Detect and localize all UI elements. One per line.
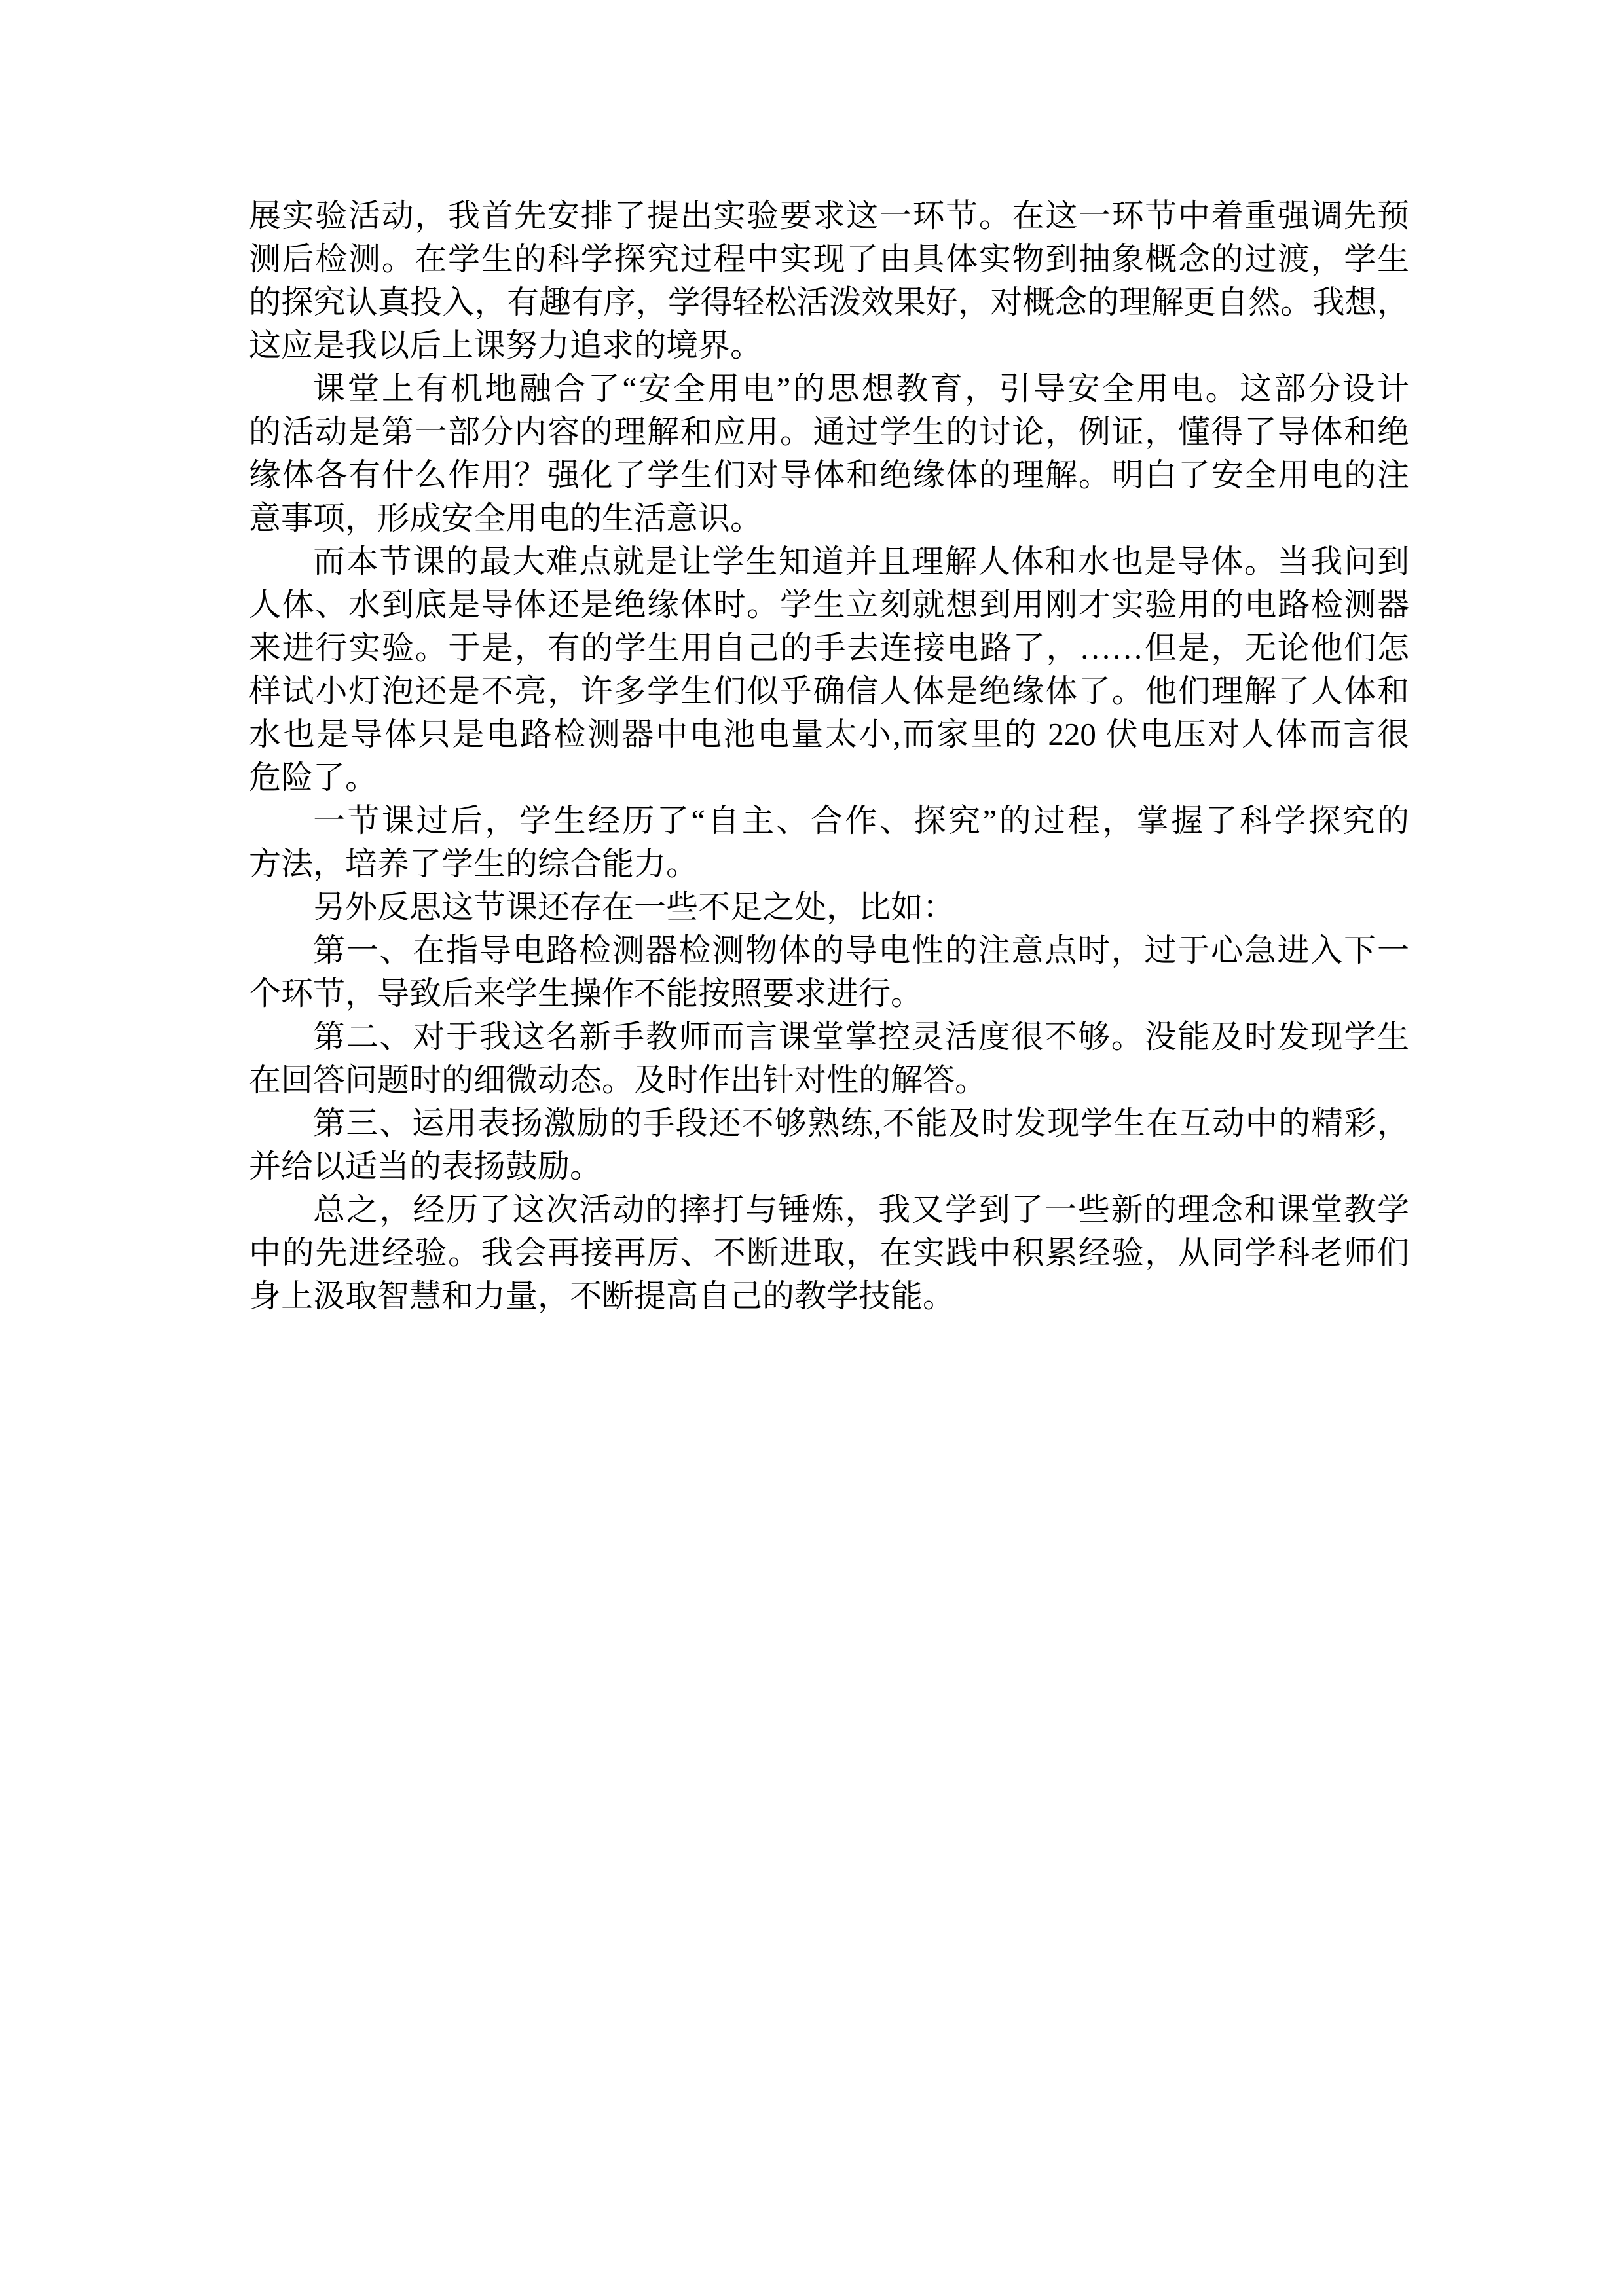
text-line: 并给以适当的表扬鼓励。: [249, 1145, 1409, 1188]
text-line: 另外反思这节课还存在一些不足之处，比如：: [249, 886, 1409, 929]
paragraph: 而本节课的最大难点就是让学生知道并且理解人体和水也是导体。当我问到人体、水到底是…: [249, 540, 1409, 799]
text-line: 身上汲取智慧和力量，不断提高自己的教学技能。: [249, 1275, 1409, 1318]
text-line: 人体、水到底是导体还是绝缘体时。学生立刻就想到用刚才实验用的电路检测器: [249, 583, 1409, 627]
text-line: 而本节课的最大难点就是让学生知道并且理解人体和水也是导体。当我问到: [249, 540, 1409, 583]
text-line: 方法，培养了学生的综合能力。: [249, 843, 1409, 886]
paragraph: 一节课过后，学生经历了“自主、合作、探究”的过程，掌握了科学探究的方法，培养了学…: [249, 799, 1409, 886]
paragraph: 第二、对于我这名新手教师而言课堂掌控灵活度很不够。没能及时发现学生在回答问题时的…: [249, 1015, 1409, 1102]
text-line: 一节课过后，学生经历了“自主、合作、探究”的过程，掌握了科学探究的: [249, 799, 1409, 843]
text-line: 测后检测。在学生的科学探究过程中实现了由具体实物到抽象概念的过渡，学生: [249, 238, 1409, 281]
paragraph: 第三、运用表扬激励的手段还不够熟练,不能及时发现学生在互动中的精彩，并给以适当的…: [249, 1102, 1409, 1188]
paragraph: 另外反思这节课还存在一些不足之处，比如：: [249, 886, 1409, 929]
text-line: 个环节，导致后来学生操作不能按照要求进行。: [249, 972, 1409, 1015]
paragraph: 总之，经历了这次活动的摔打与锤炼，我又学到了一些新的理念和课堂教学中的先进经验。…: [249, 1188, 1409, 1318]
paragraph: 课堂上有机地融合了“安全用电”的思想教育，引导安全用电。这部分设计的活动是第一部…: [249, 367, 1409, 540]
text-line: 第三、运用表扬激励的手段还不够熟练,不能及时发现学生在互动中的精彩，: [249, 1102, 1409, 1145]
text-line: 缘体各有什么作用？强化了学生们对导体和绝缘体的理解。明白了安全用电的注: [249, 454, 1409, 497]
text-line: 展实验活动，我首先安排了提出实验要求这一环节。在这一环节中着重强调先预: [249, 194, 1409, 238]
paragraph: 第一、在指导电路检测器检测物体的导电性的注意点时，过于心急进入下一个环节，导致后…: [249, 929, 1409, 1015]
text-line: 水也是导体只是电路检测器中电池电量太小,而家里的 220 伏电压对人体而言很: [249, 713, 1409, 756]
document-text-block: 展实验活动，我首先安排了提出实验要求这一环节。在这一环节中着重强调先预测后检测。…: [249, 194, 1409, 1318]
text-line: 总之，经历了这次活动的摔打与锤炼，我又学到了一些新的理念和课堂教学: [249, 1188, 1409, 1231]
text-line: 危险了。: [249, 756, 1409, 799]
text-line: 第一、在指导电路检测器检测物体的导电性的注意点时，过于心急进入下一: [249, 929, 1409, 972]
text-line: 意事项，形成安全用电的生活意识。: [249, 497, 1409, 540]
text-line: 的探究认真投入，有趣有序，学得轻松活泼效果好，对概念的理解更自然。我想，: [249, 281, 1409, 324]
text-line: 在回答问题时的细微动态。及时作出针对性的解答。: [249, 1059, 1409, 1102]
text-line: 样试小灯泡还是不亮，许多学生们似乎确信人体是绝缘体了。他们理解了人体和: [249, 670, 1409, 713]
text-line: 课堂上有机地融合了“安全用电”的思想教育，引导安全用电。这部分设计: [249, 367, 1409, 410]
text-line: 的活动是第一部分内容的理解和应用。通过学生的讨论，例证，懂得了导体和绝: [249, 410, 1409, 454]
text-line: 来进行实验。于是，有的学生用自己的手去连接电路了，……但是，无论他们怎: [249, 627, 1409, 670]
text-line: 这应是我以后上课努力追求的境界。: [249, 324, 1409, 367]
document-page: 展实验活动，我首先安排了提出实验要求这一环节。在这一环节中着重强调先预测后检测。…: [0, 0, 1624, 2296]
paragraph: 展实验活动，我首先安排了提出实验要求这一环节。在这一环节中着重强调先预测后检测。…: [249, 194, 1409, 367]
text-line: 第二、对于我这名新手教师而言课堂掌控灵活度很不够。没能及时发现学生: [249, 1015, 1409, 1059]
text-line: 中的先进经验。我会再接再厉、不断进取，在实践中积累经验，从同学科老师们: [249, 1231, 1409, 1275]
